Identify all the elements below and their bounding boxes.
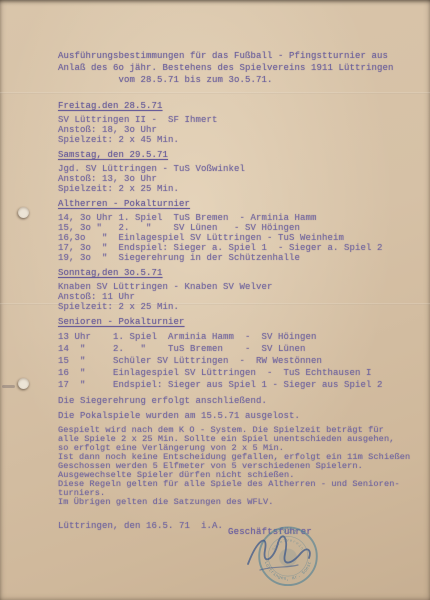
doc-line: Ausführungsbestimmungen für das Fußball …: [58, 50, 410, 62]
doc-line: Diese Regeln gelten für alle Spiele des …: [58, 480, 410, 489]
doc-line: 15 " Schüler SV Lüttringen - RW Westönne…: [58, 355, 410, 367]
doc-line: SV Lüttringen II - SF Ihmert: [58, 115, 410, 125]
scanned-document: Ausführungsbestimmungen für das Fußball …: [0, 0, 430, 600]
doc-line: Die Siegerehrung erfolgt anschließend.: [58, 396, 410, 406]
doc-line: Altherren - Pokalturnier: [58, 199, 410, 211]
signature: [238, 528, 342, 582]
doc-line: Freitag.den 28.5.71: [58, 101, 410, 113]
doc-line: 16 " Einlagespiel SV Lüttringen - TuS Ec…: [58, 367, 410, 379]
doc-line: Die Pokalspiele wurden am 15.5.71 ausgel…: [58, 411, 410, 421]
doc-line: 15, 3o " 2. " SV Lünen - SV Höingen: [58, 223, 410, 233]
doc-line: Spielzeit: 2 x 25 Min.: [58, 184, 410, 194]
document-text: Ausführungsbestimmungen für das Fußball …: [58, 50, 410, 531]
punch-hole-top: [18, 207, 29, 218]
doc-line: 19, 3o " Siegerehrung in der Schützenhal…: [58, 253, 410, 263]
doc-line: Jgd. SV Lüttringen - TuS Voßwinkel: [58, 164, 410, 174]
doc-line: Anstoß: 18, 3o Uhr: [58, 125, 410, 135]
doc-line: 17 " Endspiel: Sieger aus Spiel 1 - Sieg…: [58, 379, 410, 391]
doc-line: 14, 3o Uhr 1. Spiel TuS Bremen - Arminia…: [58, 213, 410, 223]
doc-line: Senioren - Pokalturnier: [58, 317, 410, 329]
doc-line: Sonntag,den 3o.5.71: [58, 268, 410, 280]
doc-line: Spielzeit: 2 x 45 Min.: [58, 135, 410, 145]
doc-line: Samstag, den 29.5.71: [58, 150, 410, 162]
doc-line: Knaben SV Lüttringen - Knaben SV Welver: [58, 282, 410, 292]
doc-line: Spielzeit: 2 x 25 Min.: [58, 302, 410, 312]
doc-line: vom 28.5.71 bis zum 3o.5.71.: [58, 74, 410, 86]
signature-strokes: [238, 528, 342, 582]
doc-line: 14 " 2. " TuS Bremen - SV Lünen: [58, 343, 410, 355]
doc-line: Anstoß: 11 Uhr: [58, 292, 410, 302]
pencil-smudge: [2, 385, 15, 388]
doc-line: 17, 3o " Endspiel: Sieger a. Spiel 1 - S…: [58, 243, 410, 253]
doc-line: 13 Uhr 1. Spiel Arminia Hamm - SV Höinge…: [58, 331, 410, 343]
doc-line: Anlaß des 6o jähr. Bestehens des Spielve…: [58, 62, 410, 74]
doc-line: Im Übrigen gelten die Satzungen des WFLV…: [58, 498, 410, 507]
doc-line: Anstoß: 13, 3o Uhr: [58, 174, 410, 184]
punch-hole-bottom: [18, 378, 29, 389]
doc-line: 16,3o " Einlagespiel SV Lüttringen - TuS…: [58, 233, 410, 243]
